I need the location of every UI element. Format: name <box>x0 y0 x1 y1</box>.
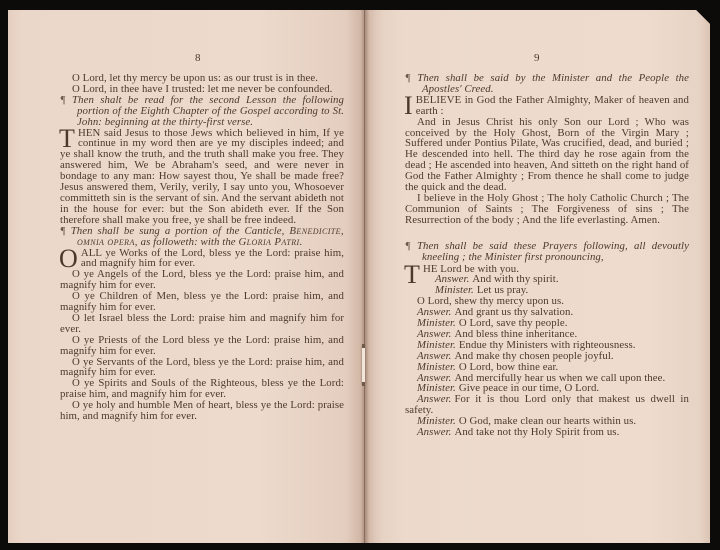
right-page-number: 9 <box>405 52 669 64</box>
binding-staple <box>362 346 365 384</box>
gospel-paragraph: THEN said Jesus to those Jews which beli… <box>60 128 344 226</box>
versicle-text: And take not thy Holy Spirit from us. <box>454 426 619 438</box>
versicle-line: Answer.And take not thy Holy Spirit from… <box>405 427 689 438</box>
left-text-block: O Lord, let thy mercy be upon us: as our… <box>60 73 344 422</box>
rubric-prayers-following: ¶ Then shall be said these Prayers follo… <box>405 241 689 263</box>
gutter-shadow <box>347 10 383 543</box>
creed-opening: IBELIEVE in God the Father Almighty, Mak… <box>405 95 689 117</box>
canticle-verse: O ye Children of Men, bless ye the Lord:… <box>60 291 344 313</box>
preces-responses: T HE Lord be with you. Answer.And with t… <box>405 264 689 439</box>
rubric-benedicite: ¶ Then shall be sung a portion of the Ca… <box>60 226 344 248</box>
pilcrow-icon: ¶ <box>405 240 411 252</box>
speaker-label: Answer. <box>417 426 451 438</box>
canticle-first-verse: OALL ye Works of the Lord, bless ye the … <box>60 248 344 270</box>
gutter-fold-line <box>364 10 365 543</box>
right-page: 9 ¶ Then shall be said by the Minister a… <box>365 10 710 543</box>
speaker-label: Minister. <box>417 361 456 373</box>
canticle-text: ALL ye Works of the Lord, bless ye the L… <box>81 247 344 270</box>
canticle-verse: O ye Priests of the Lord bless ye the Lo… <box>60 335 344 357</box>
rubric-text: Then shall be said these Prayers followi… <box>417 240 689 263</box>
pilcrow-icon: ¶ <box>60 94 66 106</box>
canticle-verse: O ye holy and humble Men of heart, bless… <box>60 400 344 422</box>
dropcap-initial: I <box>404 96 413 116</box>
pilcrow-icon: ¶ <box>405 72 411 84</box>
dropcap-initial: O <box>59 249 78 269</box>
canticle-verse: O ye Angels of the Lord, bless ye the Lo… <box>60 269 344 291</box>
versicle-line: Answer.For it is thou Lord only that mak… <box>405 394 689 416</box>
pilcrow-icon: ¶ <box>60 225 66 237</box>
rubric-text: Then shalt be read for the second Lesson… <box>72 94 344 128</box>
rubric-second-lesson: ¶ Then shalt be read for the second Less… <box>60 95 344 128</box>
canticle-verse: O let Israel bless the Lord: praise him … <box>60 313 344 335</box>
right-text-block: ¶ Then shall be said by the Minister and… <box>405 73 689 438</box>
creed-text: BELIEVE in God the Father Almighty, Make… <box>416 94 689 117</box>
creed-paragraph: And in Jesus Christ his only Son our Lor… <box>405 117 689 193</box>
canticle-verse: O ye Servants of the Lord, bless ye the … <box>60 357 344 379</box>
left-page: 8 O Lord, let thy mercy be upon us: as o… <box>8 10 365 543</box>
book-spread: 8 O Lord, let thy mercy be upon us: as o… <box>8 10 710 543</box>
gospel-text: HEN said Jesus to those Jews which belie… <box>60 127 344 226</box>
book-photo: 8 O Lord, let thy mercy be upon us: as o… <box>0 0 720 550</box>
creed-paragraph: I believe in the Holy Ghost ; The holy C… <box>405 193 689 226</box>
canticle-verse: O ye Spirits and Souls of the Righteous,… <box>60 378 344 400</box>
rubric-text: Then shall be said by the Minister and t… <box>417 72 689 95</box>
left-page-number: 8 <box>60 52 336 64</box>
dropcap-initial: T <box>404 265 420 285</box>
speaker-label: Answer. <box>417 350 451 362</box>
dropcap-initial: T <box>59 129 75 149</box>
rubric-apostles-creed: ¶ Then shall be said by the Minister and… <box>405 73 689 95</box>
